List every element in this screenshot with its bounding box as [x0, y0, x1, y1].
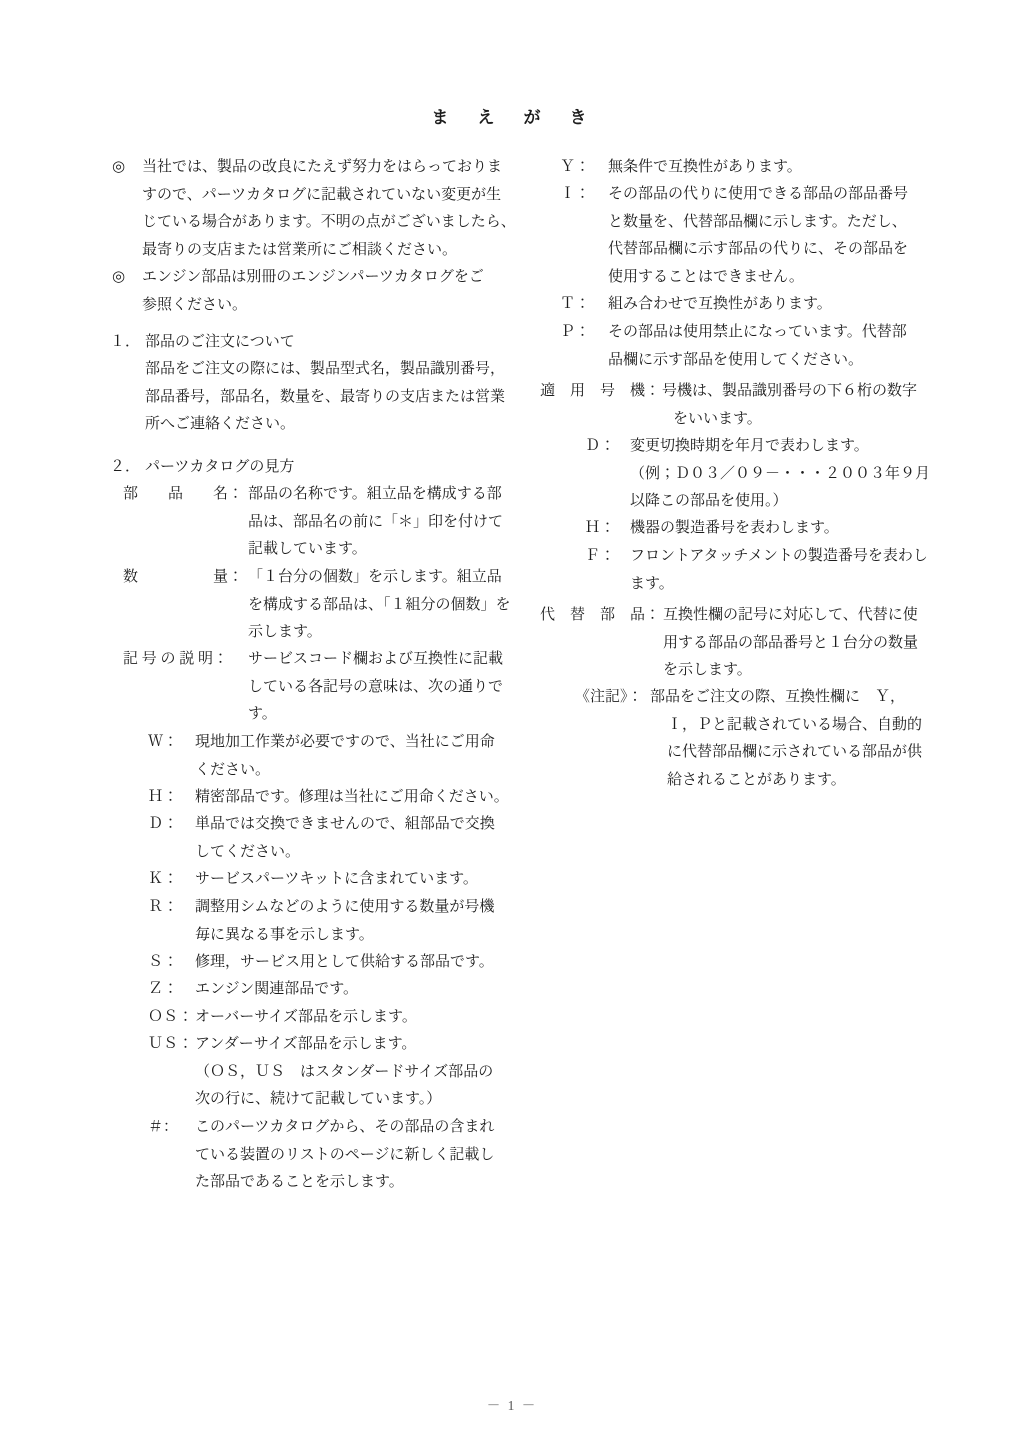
text-lines: 組み合わせで互換性があります。: [608, 291, 832, 319]
symbol-code: Ｆ：: [585, 543, 615, 571]
text-line: 修理，サービス用として供給する部品です。: [195, 949, 494, 977]
text-line: その部品は使用禁止になっています。代替部: [608, 319, 907, 347]
text-lines: アンダーサイズ部品を示します。（ＯＳ，ＵＳ はスタンダードサイズ部品の次の行に、…: [195, 1031, 493, 1114]
section-heading: 部品のご注文について: [145, 329, 295, 357]
text-line: 参照ください。: [142, 292, 484, 320]
text-lines: 変更切換時期を年月で表わします。（例；Ｄ０３／０９－・・・２００３年９月以降この…: [630, 433, 930, 516]
text-line: 当社では、製品の改良にたえず努力をはらっておりま: [142, 154, 516, 182]
text-lines: 調整用シムなどのように使用する数量が号機毎に異なる事を示します。: [195, 894, 494, 949]
text-line: ている装置のリストのページに新しく記載し: [195, 1142, 494, 1170]
page-title: ま え が き: [0, 104, 1024, 132]
symbol-code: ＃：: [148, 1114, 178, 1142]
text-lines: 部品をご注文の際、互換性欄に Ｙ，Ｉ，Ｐと記載されている場合、自動的に代替部品欄…: [650, 684, 922, 794]
text-line: 互換性欄の記号に対応して、代替に使: [663, 602, 918, 630]
text-lines: エンジン部品は別冊のエンジンパーツカタログをご参照ください。: [142, 264, 484, 319]
text-line: 用する部品の部品番号と１台分の数量: [663, 630, 918, 658]
symbol-code: Ｓ：: [148, 949, 178, 977]
section-heading: パーツカタログの見方: [145, 454, 294, 482]
text-line: 給されることがあります。: [667, 767, 922, 795]
symbol-code: Ｒ：: [148, 894, 178, 922]
text-line: 単品では交換できませんので、組部品で交換: [195, 811, 495, 839]
text-lines: このパーツカタログから、その部品の含まれている装置のリストのページに新しく記載し…: [195, 1114, 494, 1197]
text-line: 号機は、製品識別番号の下６桁の数字: [662, 378, 917, 406]
text-line: 部品の名称です。組立品を構成する部: [248, 481, 503, 509]
text-line: と数量を、代替部品欄に示します。ただし、: [608, 209, 908, 237]
text-lines: 「１台分の個数」を示します。組立品を構成する部品は、「１組分の個数」を示します。: [248, 564, 511, 647]
term-label: 代 替 部 品：: [540, 602, 660, 630]
text-line: 示します。: [248, 619, 511, 647]
term-label: 記 号 の 説 明：: [123, 646, 228, 674]
text-line: 組み合わせで互換性があります。: [608, 291, 832, 319]
text-line: （例；Ｄ０３／０９－・・・２００３年９月: [630, 461, 930, 489]
symbol-code: Ｔ：: [560, 291, 590, 319]
text-line: す。: [248, 701, 503, 729]
text-line: してください。: [195, 839, 495, 867]
symbol-code: Ｄ：: [148, 811, 178, 839]
text-line: （ＯＳ，ＵＳ はスタンダードサイズ部品の: [195, 1059, 493, 1087]
text-line: 次の行に、続けて記載しています。）: [195, 1086, 493, 1114]
text-line: 最寄りの支店または営業所にご相談ください。: [142, 237, 516, 265]
symbol-code: ＯＳ：: [148, 1004, 193, 1032]
text-line: サービスコード欄および互換性に記載: [248, 646, 503, 674]
symbol-code: Ｗ：: [148, 729, 178, 757]
text-line: 以降この部品を使用。）: [630, 488, 930, 516]
text-lines: 機器の製造番号を表わします。: [630, 515, 839, 543]
text-lines: 単品では交換できませんので、組部品で交換してください。: [195, 811, 495, 866]
text-lines: 部品をご注文の際には、製品型式名，製品識別番号，部品番号，部品名，数量を、最寄り…: [145, 356, 505, 439]
symbol-code: Ｐ：: [560, 319, 590, 347]
section-number: ２．: [110, 454, 140, 482]
text-line: している各記号の意味は、次の通りで: [248, 674, 503, 702]
symbol-code: Ｚ：: [148, 976, 178, 1004]
text-line: ます。: [630, 571, 928, 599]
text-line: 所へご連絡ください。: [145, 411, 505, 439]
text-line: エンジン部品は別冊のエンジンパーツカタログをご: [142, 264, 484, 292]
text-line: をいいます。: [673, 406, 917, 434]
text-line: 部品番号，部品名，数量を、最寄りの支店または営業: [145, 384, 505, 412]
text-line: 変更切換時期を年月で表わします。: [630, 433, 930, 461]
text-line: 無条件で互換性があります。: [608, 154, 802, 182]
text-line: 機器の製造番号を表わします。: [630, 515, 839, 543]
text-lines: 互換性欄の記号に対応して、代替に使用する部品の部品番号と１台分の数量を示します。: [663, 602, 918, 685]
text-lines: 当社では、製品の改良にたえず努力をはらっておりますので、パーツカタログに記載され…: [142, 154, 516, 264]
text-line: オーバーサイズ部品を示します。: [195, 1004, 417, 1032]
text-lines: エンジン関連部品です。: [195, 976, 358, 1004]
text-line: 部品をご注文の際には、製品型式名，製品識別番号，: [145, 356, 505, 384]
text-lines: 無条件で互換性があります。: [608, 154, 802, 182]
term-label: 数 量：: [123, 564, 243, 592]
text-lines: フロントアタッチメントの製造番号を表わします。: [630, 543, 928, 598]
symbol-code: Ｉ：: [560, 181, 590, 209]
text-line: エンジン関連部品です。: [195, 976, 358, 1004]
text-line: 部品をご注文の際、互換性欄に Ｙ，: [650, 684, 922, 712]
note-label: 《注記》：: [575, 684, 643, 712]
symbol-code: Ｈ：: [148, 784, 178, 812]
text-lines: 現地加工作業が必要ですので、当社にご用命ください。: [195, 729, 495, 784]
text-line: 代替部品欄に示す部品の代りに、その部品を: [608, 236, 908, 264]
text-line: その部品の代りに使用できる部品の部品番号: [608, 181, 908, 209]
text-lines: 精密部品です。修理は当社にご用命ください。: [195, 784, 509, 812]
symbol-code: Ｙ：: [560, 154, 590, 182]
text-lines: 部品の名称です。組立品を構成する部品は、部品名の前に「＊」印を付けて記載していま…: [248, 481, 503, 564]
text-line: このパーツカタログから、その部品の含まれ: [195, 1114, 494, 1142]
text-line: 精密部品です。修理は当社にご用命ください。: [195, 784, 509, 812]
text-line: すので、パーツカタログに記載されていない変更が生: [142, 182, 516, 210]
text-lines: サービスパーツキットに含まれています。: [195, 866, 478, 894]
text-line: を構成する部品は、「１組分の個数」を: [248, 592, 511, 620]
text-line: サービスパーツキットに含まれています。: [195, 866, 478, 894]
text-lines: サービスコード欄および互換性に記載している各記号の意味は、次の通りです。: [248, 646, 503, 729]
text-line: アンダーサイズ部品を示します。: [195, 1031, 493, 1059]
text-line: フロントアタッチメントの製造番号を表わし: [630, 543, 928, 571]
symbol-code: Ｄ：: [585, 433, 615, 461]
text-line: に代替部品欄に示されている部品が供: [667, 739, 922, 767]
document-page: ま え が き ◎ 当社では、製品の改良にたえず努力をはらっておりますので、パー…: [0, 0, 1024, 1448]
text-lines: オーバーサイズ部品を示します。: [195, 1004, 417, 1032]
bullet-marker: ◎: [112, 154, 125, 182]
text-line: 「１台分の個数」を示します。組立品: [248, 564, 511, 592]
text-line: 現地加工作業が必要ですので、当社にご用命: [195, 729, 495, 757]
text-line: 記載しています。: [248, 536, 503, 564]
text-line: を示します。: [663, 657, 918, 685]
text-line: 使用することはできません。: [608, 264, 908, 292]
term-label: 適 用 号 機：: [540, 378, 660, 406]
text-line: ください。: [195, 757, 495, 785]
symbol-code: ＵＳ：: [148, 1031, 193, 1059]
text-line: 品欄に示す部品を使用してください。: [608, 347, 907, 375]
text-line: じている場合があります。不明の点がございましたら、: [142, 209, 516, 237]
page-number: － 1 －: [0, 1392, 1024, 1420]
text-line: た部品であることを示します。: [195, 1169, 494, 1197]
text-line: 毎に異なる事を示します。: [195, 922, 494, 950]
text-line: 品は、部品名の前に「＊」印を付けて: [248, 509, 503, 537]
text-lines: 号機は、製品識別番号の下６桁の数字をいいます。: [662, 378, 917, 433]
symbol-code: Ｋ：: [148, 866, 178, 894]
text-lines: その部品の代りに使用できる部品の部品番号と数量を、代替部品欄に示します。ただし、…: [608, 181, 908, 291]
text-line: 調整用シムなどのように使用する数量が号機: [195, 894, 494, 922]
text-lines: 修理，サービス用として供給する部品です。: [195, 949, 494, 977]
section-number: １．: [110, 329, 140, 357]
text-line: Ｉ，Ｐと記載されている場合、自動的: [667, 712, 922, 740]
term-label: 部 品 名：: [123, 481, 243, 509]
bullet-marker: ◎: [112, 264, 125, 292]
symbol-code: Ｈ：: [585, 515, 615, 543]
text-lines: その部品は使用禁止になっています。代替部品欄に示す部品を使用してください。: [608, 319, 907, 374]
